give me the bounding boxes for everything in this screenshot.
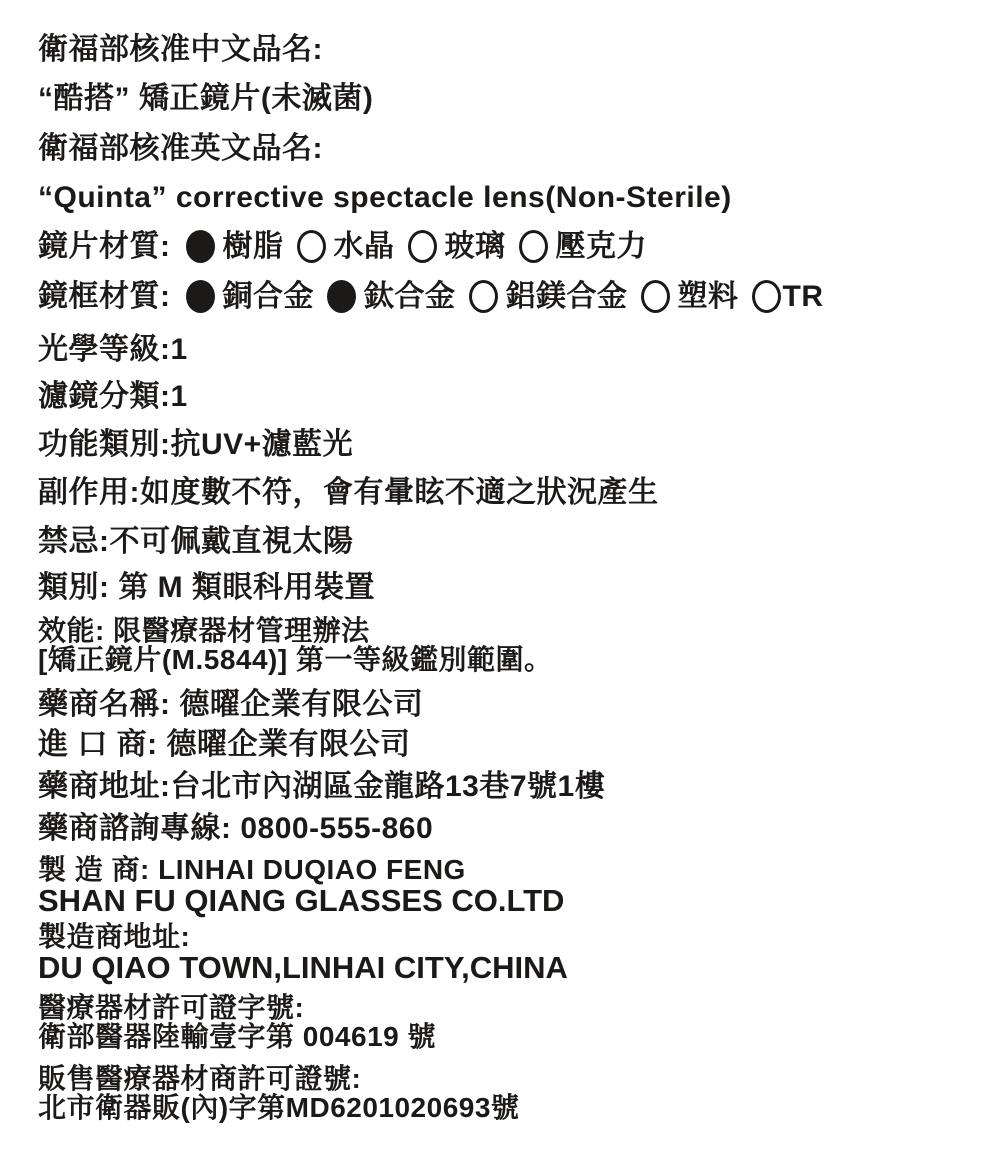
radio-icon xyxy=(186,230,215,263)
lens-material-label: 鏡片材質: xyxy=(38,230,171,263)
option-label: 塑料 xyxy=(678,280,739,313)
manufacturer-name-line-1: 製 造 商: LINHAI DUQIAO FENG xyxy=(38,855,466,886)
manufacturer-address: DU QIAO TOWN,LINHAI CITY,CHINA xyxy=(38,951,568,985)
lens-material-row: 鏡片材質: 樹脂 水晶 玻璃 壓克力 xyxy=(38,227,647,265)
optical-grade: 光學等級:1 xyxy=(38,333,188,366)
radio-icon xyxy=(327,280,356,313)
frame-material-option-tr: TR xyxy=(752,280,824,313)
efficacy-line-2: [矯正鏡片(M.5844)] 第一等級鑑別範圍。 xyxy=(38,645,552,676)
lens-material-option-resin: 樹脂 xyxy=(186,230,284,263)
manufacturer-address-label: 製造商地址: xyxy=(38,922,190,953)
contraindication: 禁忌:不可佩戴直視太陽 xyxy=(38,525,354,558)
lens-material-option-acrylic: 壓克力 xyxy=(519,230,648,263)
option-label: 玻璃 xyxy=(445,230,506,263)
option-label: 鋁鎂合金 xyxy=(506,280,628,313)
radio-icon xyxy=(297,230,326,263)
frame-material-option-titanium-alloy: 鈦合金 xyxy=(327,280,456,313)
frame-material-label: 鏡框材質: xyxy=(38,280,171,313)
lens-material-option-crystal: 水晶 xyxy=(297,230,395,263)
radio-icon xyxy=(186,280,215,313)
option-label: 水晶 xyxy=(334,230,395,263)
radio-icon xyxy=(519,230,548,263)
importer: 進 口 商: 德曜企業有限公司 xyxy=(38,728,411,761)
manufacturer-name-line-2: SHAN FU QIANG GLASSES CO.LTD xyxy=(38,884,564,918)
radio-icon xyxy=(752,280,781,313)
radio-icon xyxy=(641,280,670,313)
seller-license-label: 販售醫療器材商許可證號: xyxy=(38,1064,361,1095)
dealer-hotline: 藥商諮詢專線: 0800-555-860 xyxy=(38,812,433,845)
efficacy-line-1: 效能: 限醫療器材管理辦法 xyxy=(38,616,370,647)
option-label: 銅合金 xyxy=(223,280,315,313)
option-label: 樹脂 xyxy=(223,230,284,263)
option-label: 壓克力 xyxy=(556,230,648,263)
radio-icon xyxy=(408,230,437,263)
device-category: 類別: 第 M 類眼科用裝置 xyxy=(38,571,375,604)
cn-product-name: “酷搭” 矯正鏡片(未滅菌) xyxy=(38,82,373,115)
option-label: TR xyxy=(783,280,824,313)
radio-icon xyxy=(469,280,498,313)
approved-en-title: 衛福部核准英文品名: xyxy=(38,132,323,165)
option-label: 鈦合金 xyxy=(364,280,456,313)
approved-cn-title: 衛福部核准中文品名: xyxy=(38,33,323,66)
frame-material-option-copper-alloy: 銅合金 xyxy=(186,280,315,313)
product-label-sheet: { "page": { "background": "#ffffff", "te… xyxy=(0,0,1000,1172)
dealer-address: 藥商地址:台北市內湖區金龍路13巷7號1樓 xyxy=(38,770,605,803)
device-license-label: 醫療器材許可證字號: xyxy=(38,993,304,1024)
lens-material-option-glass: 玻璃 xyxy=(408,230,506,263)
frame-material-option-plastic: 塑料 xyxy=(641,280,739,313)
en-product-name: “Quinta” corrective spectacle lens(Non-S… xyxy=(38,181,732,214)
seller-license-number: 北市衛器販(內)字第MD6201020693號 xyxy=(38,1093,519,1124)
function-category: 功能類別:抗UV+濾藍光 xyxy=(38,428,353,461)
side-effects: 副作用:如度數不符，會有暈眩不適之狀況產生 xyxy=(38,476,659,509)
filter-class: 濾鏡分類:1 xyxy=(38,380,188,413)
frame-material-row: 鏡框材質: 銅合金 鈦合金 鋁鎂合金 塑料 TR xyxy=(38,277,824,315)
device-license-number: 衛部醫器陸輸壹字第 004619 號 xyxy=(38,1022,436,1053)
frame-material-option-al-mg-alloy: 鋁鎂合金 xyxy=(469,280,628,313)
dealer-name: 藥商名稱: 德曜企業有限公司 xyxy=(38,688,423,721)
